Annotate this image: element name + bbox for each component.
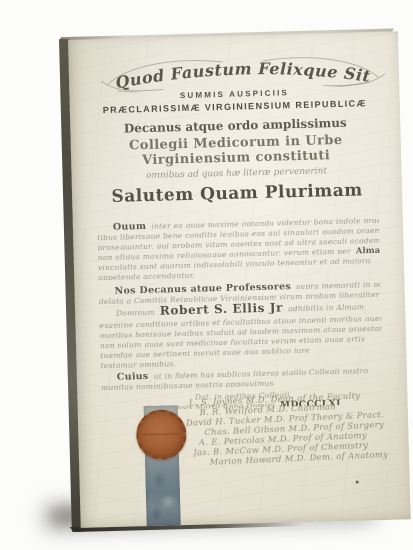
signature-block: L. S. Joynes M.D. Dean of the Faculty B.… <box>189 390 388 468</box>
photo-background: Quod Faustum Felixque Sit SUMMIS AUSPICI… <box>0 0 413 550</box>
name-prefix: Dominum <box>116 308 155 318</box>
body-paragraph-1: Quum inter ea quae maxime optanda vident… <box>97 213 380 280</box>
college-line: Collegii Medicorum in Urbe Virginiensium… <box>95 132 378 169</box>
ink-speck <box>356 481 359 484</box>
wax-seal-crease <box>142 433 180 435</box>
wax-seal <box>136 409 187 460</box>
body-paragraph-2: Nos Decanus atque Professores supra memo… <box>98 277 382 368</box>
script-line: testamur omnibus. <box>100 359 176 368</box>
diploma-page: Quod Faustum Felixque Sit SUMMIS AUSPICI… <box>68 31 411 527</box>
script-line: appetenda accendantur. <box>98 271 195 281</box>
diploma-canvas: Quod Faustum Felixque Sit SUMMIS AUSPICI… <box>68 31 411 527</box>
salutation-line: Salutem Quam Plurimam <box>96 181 378 207</box>
